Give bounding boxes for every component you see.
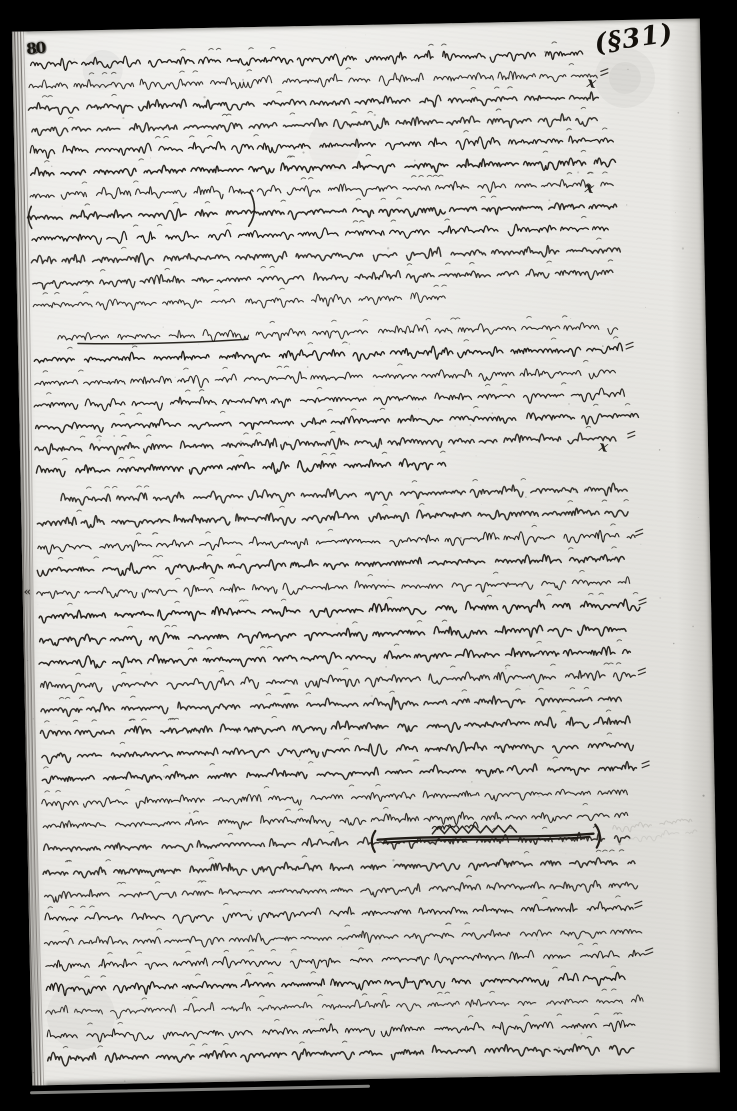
handwritten-line [39, 617, 626, 648]
page-number: 80 [26, 38, 46, 58]
handwritten-line [33, 260, 613, 290]
handwritten-line [46, 988, 644, 1019]
handwritten-line [36, 451, 446, 478]
paper-speckles [13, 28, 717, 1084]
handwritten-line [58, 315, 618, 345]
paragraph-2 [33, 314, 640, 478]
handwritten-line [41, 687, 622, 717]
handwritten-line [61, 477, 628, 507]
manuscript-ink [12, 18, 720, 1085]
handwritten-line [45, 895, 642, 925]
handwritten-line [39, 640, 631, 671]
handwritten-line [42, 780, 628, 811]
photograph-background: 80 (§31) x x x « [0, 0, 737, 1111]
handwritten-line [30, 172, 613, 203]
handwritten-line [34, 336, 633, 367]
handwritten-line [32, 216, 609, 246]
handwritten-line [35, 403, 638, 435]
page-stack-edge-lines [13, 31, 45, 1085]
handwritten-line [33, 285, 447, 312]
handwritten-line [46, 942, 653, 973]
handwritten-line [42, 755, 649, 785]
handwritten-line [37, 500, 629, 531]
handwritten-line [34, 382, 625, 413]
handwritten-line [46, 966, 625, 997]
handwritten-line [40, 662, 645, 693]
handwritten-line [37, 547, 624, 578]
handwritten-line [44, 919, 642, 950]
handwritten-line [35, 425, 635, 456]
paragraph-3 [35, 476, 655, 1066]
left-margin-mark: « [24, 584, 32, 598]
handwritten-line [42, 733, 634, 764]
handwritten-line [39, 592, 646, 623]
handwritten-line [43, 803, 628, 833]
handwritten-line [31, 238, 620, 268]
handwritten-line [44, 872, 637, 903]
handwritten-line [40, 710, 630, 741]
handwritten-line [38, 523, 643, 554]
handwritten-line [43, 850, 635, 880]
handwritten-line [47, 1013, 635, 1044]
handwritten-line [34, 360, 615, 391]
handwritten-line [27, 185, 617, 230]
manuscript-page: 80 (§31) x x x « [12, 18, 720, 1085]
handwritten-line [28, 85, 598, 115]
ink-bleed-through [612, 815, 697, 845]
underlying-page-edge [30, 1085, 370, 1095]
